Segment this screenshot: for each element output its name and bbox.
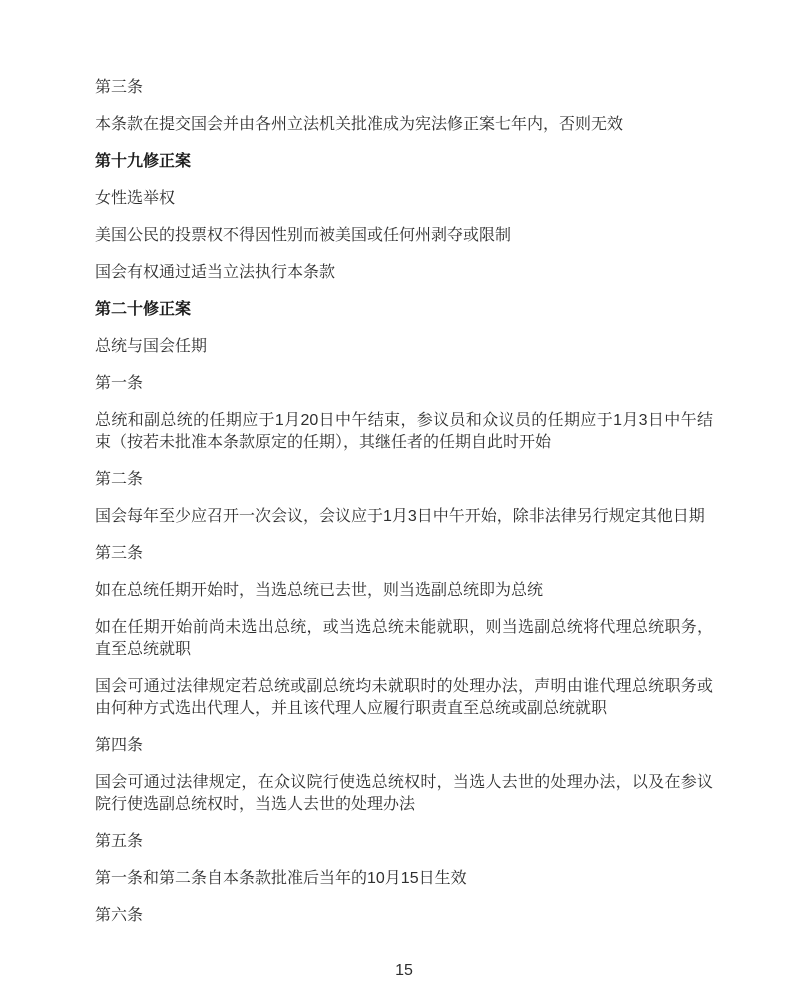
paragraph: 国会有权通过适当立法执行本条款 <box>95 262 713 284</box>
paragraph: 美国公民的投票权不得因性别而被美国或任何州剥夺或限制 <box>95 225 713 247</box>
article-label: 第六条 <box>95 905 713 927</box>
article-label: 第三条 <box>95 543 713 565</box>
article-label: 第四条 <box>95 735 713 757</box>
amendment-heading: 第二十修正案 <box>95 299 713 321</box>
document-page: 第三条 本条款在提交国会并由各州立法机关批准成为宪法修正案七年内，否则无效 第十… <box>0 0 808 1000</box>
paragraph: 国会可通过法律规定若总统或副总统均未就职时的处理办法，声明由谁代理总统职务或由何… <box>95 676 713 720</box>
paragraph: 总统和副总统的任期应于1月20日中午结束，参议员和众议员的任期应于1月3日中午结… <box>95 410 713 454</box>
article-label: 第五条 <box>95 831 713 853</box>
page-number: 15 <box>95 960 713 982</box>
paragraph: 本条款在提交国会并由各州立法机关批准成为宪法修正案七年内，否则无效 <box>95 114 713 136</box>
paragraph: 第一条和第二条自本条款批准后当年的10月15日生效 <box>95 868 713 890</box>
paragraph: 总统与国会任期 <box>95 336 713 358</box>
paragraph: 女性选举权 <box>95 188 713 210</box>
paragraph: 如在总统任期开始时，当选总统已去世，则当选副总统即为总统 <box>95 580 713 602</box>
amendment-heading: 第十九修正案 <box>95 151 713 173</box>
article-label: 第一条 <box>95 373 713 395</box>
article-label: 第三条 <box>95 77 713 99</box>
paragraph: 国会每年至少应召开一次会议，会议应于1月3日中午开始，除非法律另行规定其他日期 <box>95 506 713 528</box>
paragraph: 国会可通过法律规定，在众议院行使选总统权时，当选人去世的处理办法，以及在参议院行… <box>95 772 713 816</box>
paragraph: 如在任期开始前尚未选出总统，或当选总统未能就职，则当选副总统将代理总统职务，直至… <box>95 617 713 661</box>
article-label: 第二条 <box>95 469 713 491</box>
